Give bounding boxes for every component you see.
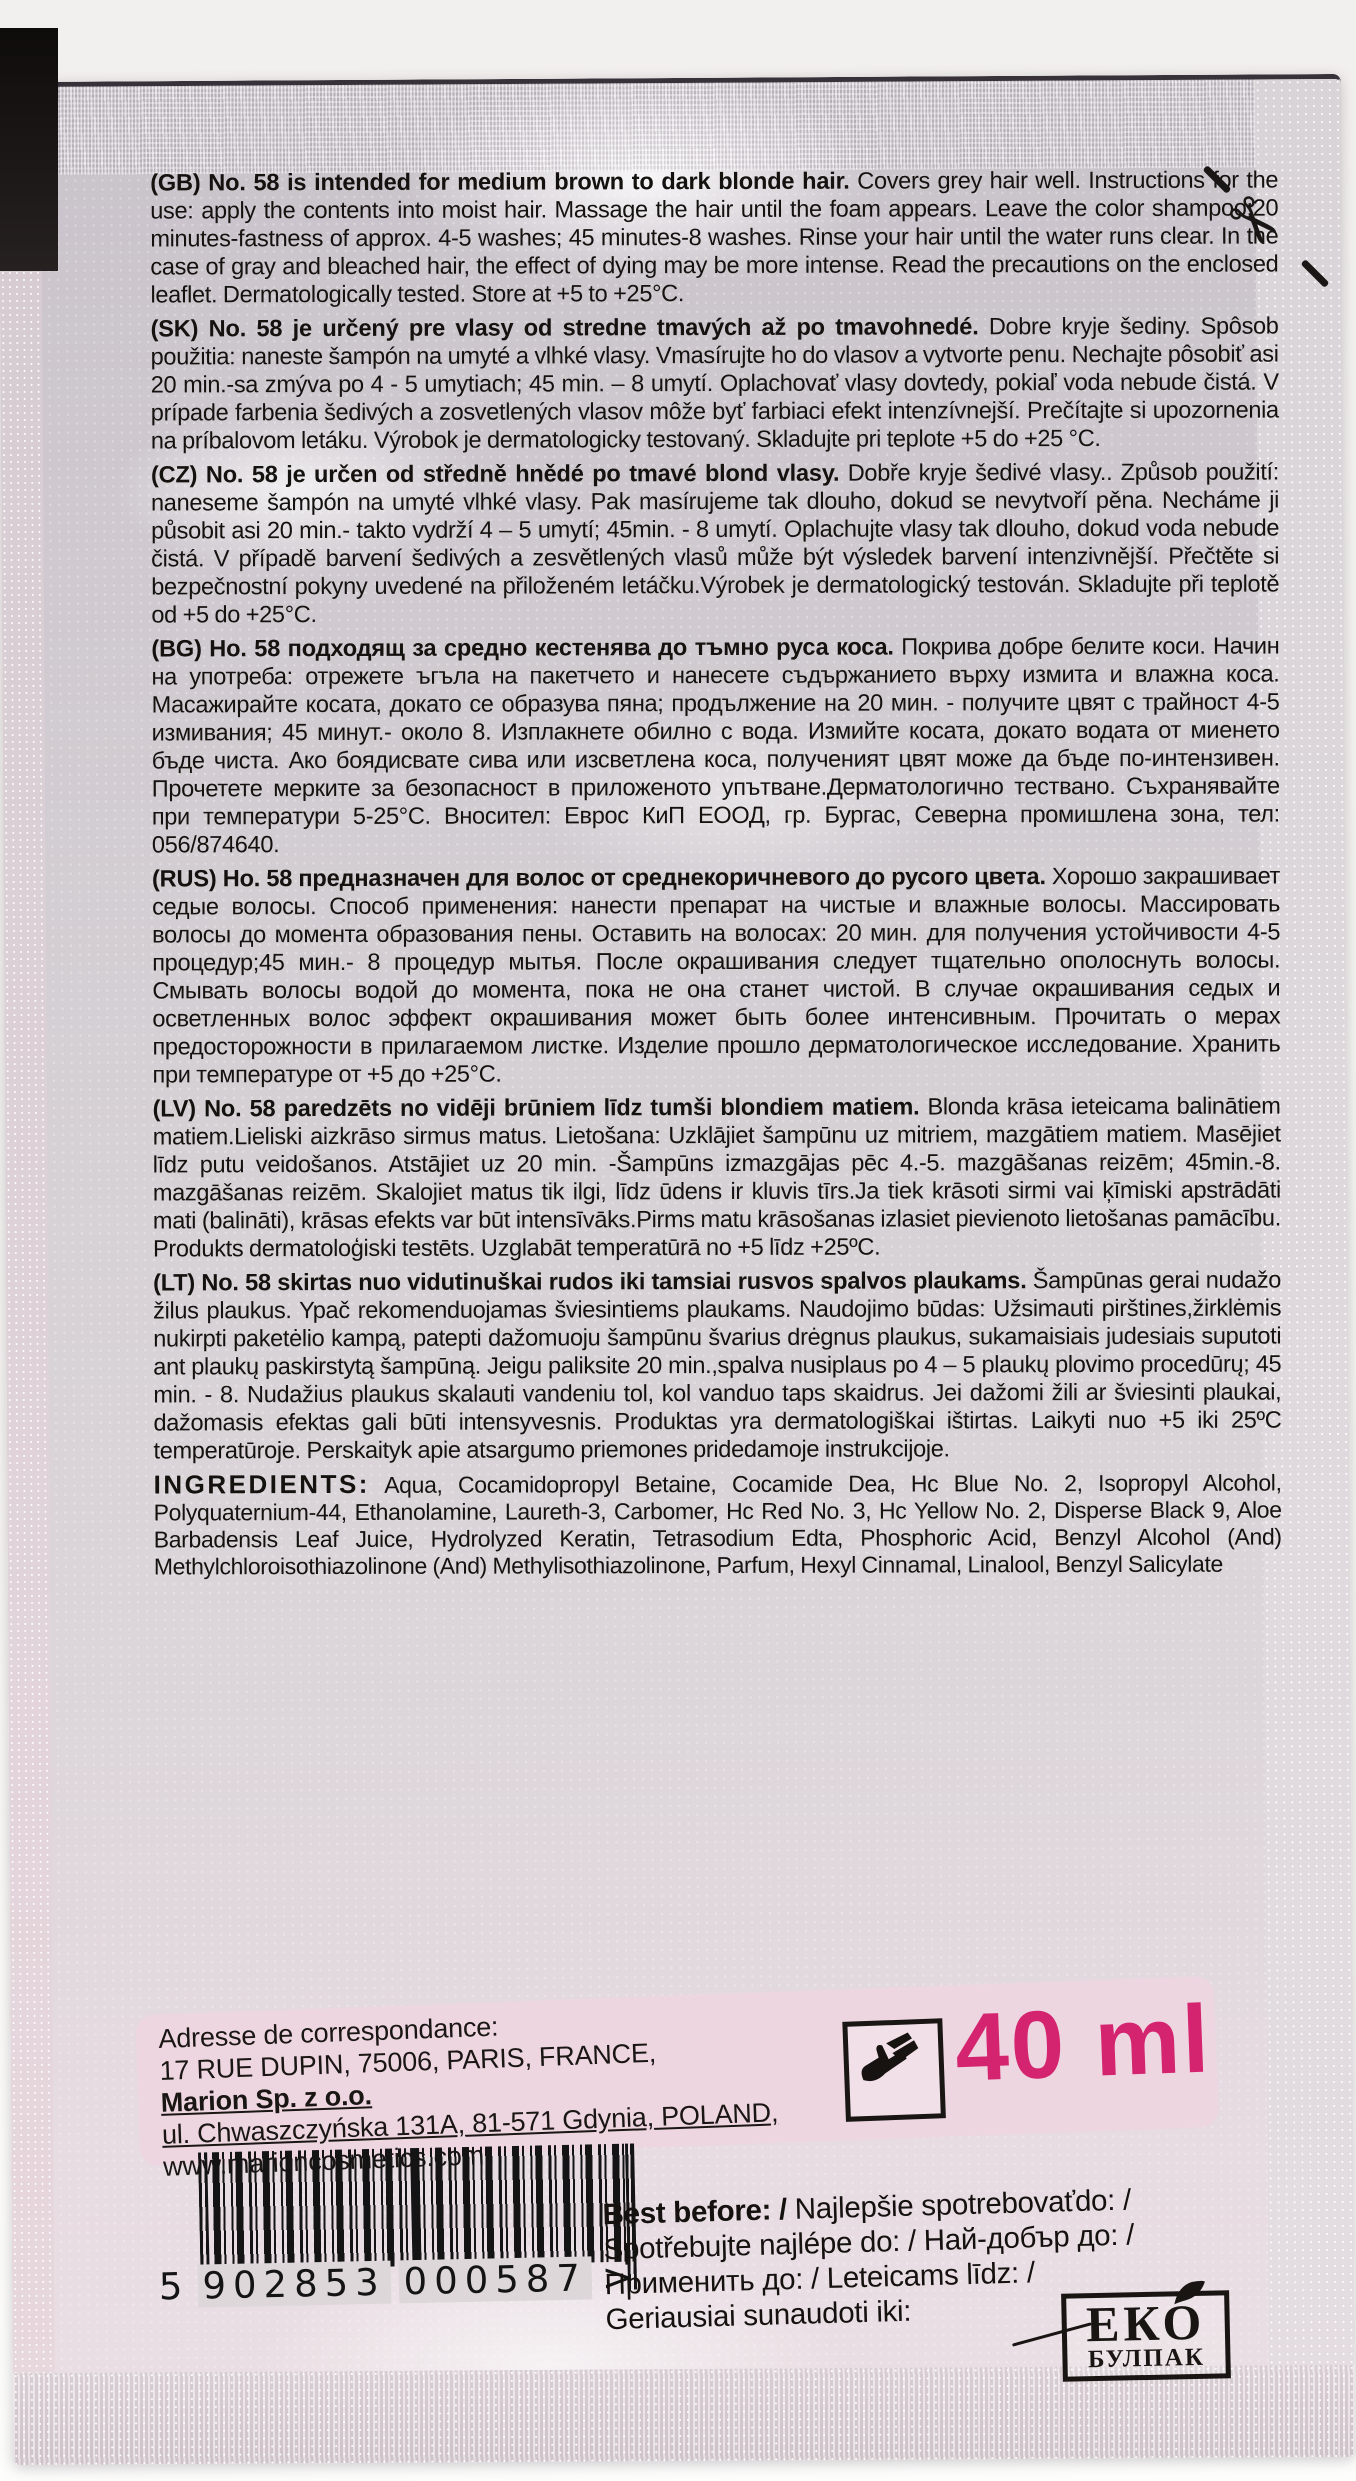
lang-section-lv: (LV) No. 58 paredzēts no vidēji brūniem … [153,1093,1281,1264]
background-dark-object [0,28,58,271]
lang-section-sk: (SK) No. 58 je určený pre vlasy od stred… [151,313,1279,456]
barcode-digit-lead: 5 [158,2265,183,2309]
read-leaflet-icon [842,2018,946,2122]
lang-section-bg: (BG) Но. 58 подходящ за средно кестенява… [151,633,1280,860]
cut-line-dash [1301,259,1330,288]
volume-label: 40 ml [953,1984,1212,2103]
lang-section-cz: (CZ) No. 58 je určen od středně hnědé po… [151,459,1279,630]
lang-section-rus: (RUS) Но. 58 предназначен для волос от с… [152,863,1281,1090]
barcode: 5 902853 000587 > [156,2143,680,2339]
lang-lead-gb: (GB) No. 58 is intended for medium brown… [150,169,850,197]
lang-lead-lt: (LT) No. 58 skirtas nuo vidutinuškai rud… [153,1268,1027,1296]
lang-lead-sk: (SK) No. 58 je určený pre vlasy od stred… [151,314,979,342]
crimp-left-edge [0,207,55,2465]
lang-lead-rus: (RUS) Но. 58 предназначен для волос от с… [152,864,1046,892]
best-before-label: Best before: / [602,2193,787,2231]
lang-lead-bg: (BG) Но. 58 подходящ за средно кестенява… [151,635,893,663]
cut-here-mark: ✂ [1198,168,1338,298]
ingredients-label: INGREDIENTS: [154,1469,370,1500]
crimp-bottom-edge [13,2365,1356,2465]
lang-lead-lv: (LV) No. 58 paredzēts no vidēji brūniem … [153,1094,920,1122]
ingredients-section: INGREDIENTS: Aqua, Cocamidopropyl Betain… [154,1469,1282,1581]
lang-lead-cz: (CZ) No. 58 je určen od středně hnědé po… [151,461,839,489]
lang-section-lt: (LT) No. 58 skirtas nuo vidutinuškai rud… [153,1267,1282,1466]
crimp-top-edge [0,79,1341,175]
lang-section-gb: (GB) No. 58 is intended for medium brown… [150,167,1278,310]
leaf-icon [1172,2280,1207,2312]
barcode-group2: 000587 [398,2256,592,2303]
eko-logo-line2: БУЛПАК [1071,2345,1221,2372]
eko-bulpak-logo: ЕКО БУЛПАК [1061,2290,1231,2381]
cut-line-dash [1203,165,1232,194]
scissors-icon: ✂ [1207,178,1298,267]
instructions-text: (GB) No. 58 is intended for medium brown… [150,167,1282,1587]
barcode-group1: 902853 [197,2261,391,2308]
